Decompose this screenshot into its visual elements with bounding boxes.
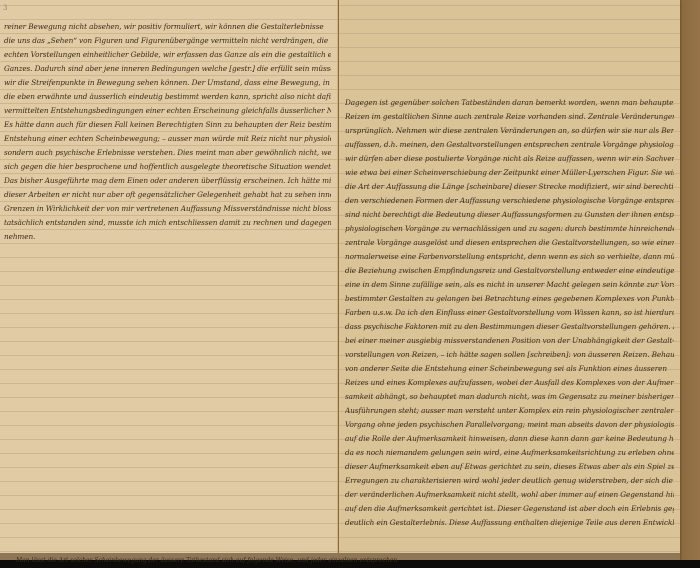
- text-line: auf die Rolle der Aufmerksamkeit hinweis…: [345, 432, 674, 446]
- text-line: bestimmter Gestalten zu gelangen bei Bet…: [345, 292, 674, 306]
- text-line: wir die Streifenpunkte in Bewegung sehen…: [4, 76, 331, 90]
- text-line: deutlich ein Gestalterlebnis. Diese Auff…: [345, 516, 674, 530]
- cut-off-footer-line: Man lässt die Art solcher Scheinbewegung…: [16, 557, 397, 564]
- text-line: Farben u.s.w. Da ich den Einfluss einer …: [345, 306, 674, 320]
- text-line: wir dürfen aber diese postulierte Vorgän…: [345, 152, 674, 166]
- text-line: dieser Aufmerksamkeit eben auf Etwas ger…: [345, 460, 674, 474]
- text-line: der veränderlichen Aufmerksamkeit nicht …: [345, 488, 674, 502]
- text-line: Entstehung einer echten Scheinbewegung; …: [4, 132, 331, 146]
- text-line: normalerweise eine Farbenvorstellung ent…: [345, 250, 674, 264]
- text-line: Reizes und eines Komplexes aufzufassen, …: [345, 376, 674, 390]
- text-line: Dagegen ist gegenüber solchen Tatbeständ…: [345, 96, 674, 110]
- text-line: den verschiedenen Formen der Auffassung …: [345, 194, 674, 208]
- text-line: von anderer Seite die Entstehung einer S…: [345, 362, 674, 376]
- text-line: physiologischen Vorgänge zu vernachlässi…: [345, 222, 674, 236]
- text-line: sondern auch psychische Erlebnisse verst…: [4, 146, 331, 160]
- text-line: bei einer meiner ausgiebig missverstande…: [345, 334, 674, 348]
- text-line: ursprünglich. Nehmen wir diese zentralen…: [345, 124, 674, 138]
- text-line: Grenzen in Wirklichkeit der von mir vert…: [4, 202, 331, 216]
- text-line: zentrale Vorgänge ausgelöst und diesen e…: [345, 236, 674, 250]
- text-line: wie etwa bei einer Scheinverschiebung de…: [345, 166, 674, 180]
- text-line: die uns das „Sehen“ von Figuren und Figu…: [4, 34, 331, 48]
- backing-board-edge: [680, 0, 700, 560]
- page-number: 3: [3, 4, 7, 12]
- text-line: samkeit abhängt, so behauptet man dadurc…: [345, 390, 674, 404]
- left-page-text: reiner Bewegung nicht absehen, wir posit…: [4, 20, 331, 244]
- text-line: Reizen im gestaltlichen Sinne auch zentr…: [345, 110, 674, 124]
- text-line: da es noch niemandem gelungen sein wird,…: [345, 446, 674, 460]
- text-line: vermittelten Entstehungsbedingungen eine…: [4, 104, 331, 118]
- text-line: Ganzes. Dadurch sind aber jene inneren B…: [4, 62, 331, 76]
- text-line: die Art der Auffassung die Länge [schein…: [345, 180, 674, 194]
- text-line: dass psychische Faktoren mit zu den Best…: [345, 320, 674, 334]
- text-line: reiner Bewegung nicht absehen, wir posit…: [4, 20, 331, 34]
- text-line: die eben erwähnte und äusserlich eindeut…: [4, 90, 331, 104]
- text-line: die Beziehung zwischen Empfindungsreiz u…: [345, 264, 674, 278]
- text-line: Vorgang ohne jeden psychischen Parallelv…: [345, 418, 674, 432]
- right-page-text: Dagegen ist gegenüber solchen Tatbeständ…: [345, 96, 674, 530]
- text-line: sind nicht berechtigt die Bedeutung dies…: [345, 208, 674, 222]
- text-line: nehmen.: [4, 230, 331, 244]
- text-line: auffassen, d.h. meinen, den Gestaltvorst…: [345, 138, 674, 152]
- text-line: auf den die Aufmerksamkeit gerichtet ist…: [345, 502, 674, 516]
- text-line: Erregungen zu charakterisieren wird wohl…: [345, 474, 674, 488]
- text-line: vorstellungen von Reizen, – ich hätte sa…: [345, 348, 674, 362]
- text-line: echten Vorstellungen einheitlicher Gebil…: [4, 48, 331, 62]
- text-line: Es hätte dann auch für diesen Fall keine…: [4, 118, 331, 132]
- text-line: eine in dem Sinne zufällige sein, als es…: [345, 278, 674, 292]
- text-line: Das bisher Ausgeführte mag dem Einen ode…: [4, 174, 331, 188]
- manuscript-scan: 3 reiner Bewegung nicht absehen, wir pos…: [0, 0, 700, 568]
- text-line: tatsächlich entstanden sind, musste ich …: [4, 216, 331, 230]
- text-line: Ausführungen steht; ausser man versteht …: [345, 404, 674, 418]
- text-line: sich gegen die hier besprochene und hoff…: [4, 160, 331, 174]
- text-line: dieser Arbeiten er nicht nur aber oft ge…: [4, 188, 331, 202]
- right-page: Dagegen ist gegenüber solchen Tatbeständ…: [339, 0, 680, 560]
- left-page: 3 reiner Bewegung nicht absehen, wir pos…: [0, 0, 338, 560]
